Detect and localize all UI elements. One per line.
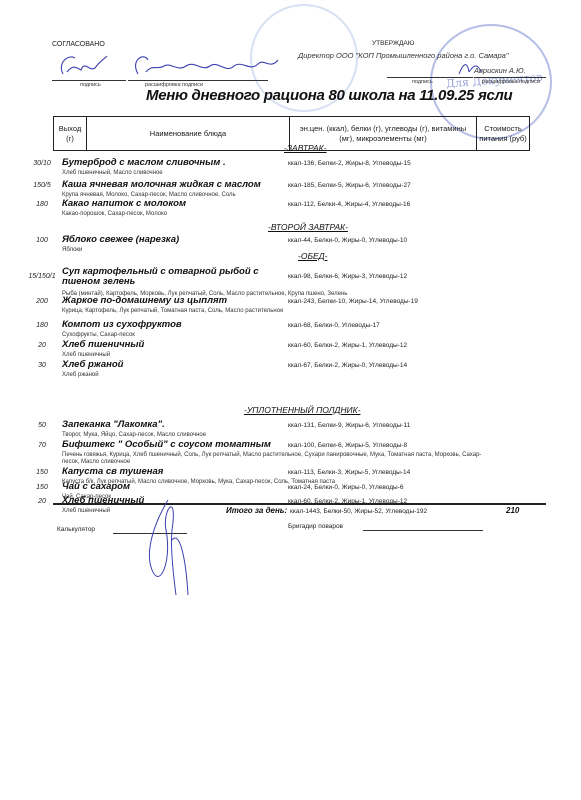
item-name: Бифштекс " Особый" с соусом томатным xyxy=(62,440,271,450)
totals-nutrition: ккал-1443, Белки-50, Жиры-52, Углеводы-1… xyxy=(290,508,427,515)
item-nutrition: ккал-112, Белки-4, Жиры-4, Углеводы-16 xyxy=(288,201,410,208)
item-nutrition: ккал-98, Белки-6, Жиры-3, Углеводы-12 xyxy=(288,273,407,280)
agreed-signature xyxy=(55,50,115,80)
item-yield: 15/150/1 xyxy=(20,273,64,280)
item-name: Яблоко свежее (нарезка) xyxy=(62,235,179,245)
item-yield: 30/10 xyxy=(20,160,64,167)
item-name: Хлеб пшеничный xyxy=(62,340,144,350)
approved-label: УТВЕРЖДАЮ xyxy=(372,40,414,47)
col-yield: Выход (г) xyxy=(54,117,87,151)
director-signature-caption: подпись xyxy=(412,79,433,85)
section-title: -ВТОРОЙ ЗАВТРАК- xyxy=(268,222,348,232)
item-yield: 100 xyxy=(20,237,64,244)
item-nutrition: ккал-44, Белки-0, Жиры-0, Углеводы-10 xyxy=(288,237,407,244)
item-ingredients: Хлеб ржаной xyxy=(62,372,99,379)
item-ingredients: Яблоки xyxy=(62,247,82,254)
item-yield: 180 xyxy=(20,322,64,329)
director-decode-caption: расшифровка подписи xyxy=(482,79,540,85)
item-yield: 180 xyxy=(20,201,64,208)
item-yield: 70 xyxy=(20,442,64,449)
item-yield: 50 xyxy=(20,422,64,429)
item-name: Компот из сухофруктов xyxy=(62,320,182,330)
item-yield: 20 xyxy=(20,342,64,349)
agreed-signature-line xyxy=(52,80,126,81)
item-yield: 30 xyxy=(20,362,64,369)
agreed-decode-line xyxy=(128,80,268,81)
chef-label: Бригадир поваров xyxy=(288,523,343,530)
item-name: Каша ячневая молочная жидкая с маслом xyxy=(62,180,261,190)
item-name: Капуста св тушеная xyxy=(62,467,163,477)
item-ingredients: Какао-порошок, Сахар-песок, Молоко xyxy=(62,211,167,218)
item-nutrition: ккал-185, Белки-5, Жиры-6, Углеводы-27 xyxy=(288,182,411,189)
calculator-signature xyxy=(138,480,198,600)
item-nutrition: ккал-131, Белки-9, Жиры-6, Углеводы-11 xyxy=(288,422,410,429)
calculator-label: Калькулятор xyxy=(57,526,95,533)
item-nutrition: ккал-136, Белки-2, Жиры-8, Углеводы-15 xyxy=(288,160,411,167)
item-yield: 150 xyxy=(20,484,64,491)
director-name: Аврискин А.Ю. xyxy=(474,66,526,75)
director-name-line xyxy=(474,77,546,78)
totals-divider xyxy=(53,503,546,505)
item-name: Бутерброд с маслом сливочным . xyxy=(62,158,226,168)
item-nutrition: ккал-100, Белки-6, Жиры-5, Углеводы-8 xyxy=(288,442,407,449)
item-nutrition: ккал-67, Белки-2, Жиры-0, Углеводы-14 xyxy=(288,362,407,369)
section-title: -УПЛОТНЕННЫЙ ПОЛДНИК- xyxy=(244,405,360,415)
item-ingredients: Курица, Картофель, Лук репчатый, Томатна… xyxy=(62,308,283,315)
totals-label: Итого за день: xyxy=(226,506,287,515)
item-name: Какао напиток с молоком xyxy=(62,199,186,209)
agreed-signature-caption: подпись xyxy=(80,82,101,88)
section-title: -ОБЕД- xyxy=(298,251,327,261)
item-nutrition: ккал-113, Белки-3, Жиры-5, Углеводы-14 xyxy=(288,469,410,476)
totals-cost: 210 xyxy=(506,506,519,515)
col-name: Наименование блюда xyxy=(87,117,290,151)
director-signature-line xyxy=(387,77,473,78)
item-yield: 150/5 xyxy=(20,182,64,189)
item-ingredients: Хлеб пшеничный xyxy=(62,508,110,515)
item-yield: 150 xyxy=(20,469,64,476)
item-ingredients: Хлеб пшеничный, Масло сливочное xyxy=(62,170,163,177)
item-nutrition: ккал-24, Белки-0, Жиры-0, Углеводы-6 xyxy=(288,484,403,491)
item-nutrition: ккал-68, Белки-0, Углеводы-17 xyxy=(288,322,380,329)
item-name: Суп картофельный с отварной рыбой с пшен… xyxy=(62,267,272,288)
item-nutrition: ккал-243, Белки-10, Жиры-14, Углеводы-19 xyxy=(288,298,418,305)
chef-signature-line xyxy=(363,530,483,531)
page-title: Меню дневного рациона 80 школа на 11.09.… xyxy=(146,87,512,104)
col-cost: Стоимость питания (руб) xyxy=(477,117,530,151)
item-ingredients: Печень говяжья, Курица, Хлеб пшеничный, … xyxy=(62,452,482,466)
item-name: Жаркое по-домашнему из цыплят xyxy=(62,296,227,306)
item-name: Хлеб ржаной xyxy=(62,360,123,370)
agreed-decode-signature xyxy=(128,50,288,80)
section-title: -ЗАВТРАК- xyxy=(284,143,327,153)
item-yield: 200 xyxy=(20,298,64,305)
item-name: Чай с сахаром xyxy=(62,482,130,492)
item-name: Запеканка "Лакомка". xyxy=(62,420,165,430)
agreed-label: СОГЛАСОВАНО xyxy=(52,41,105,48)
item-nutrition: ккал-60, Белки-2, Жиры-1, Углеводы-12 xyxy=(288,342,407,349)
